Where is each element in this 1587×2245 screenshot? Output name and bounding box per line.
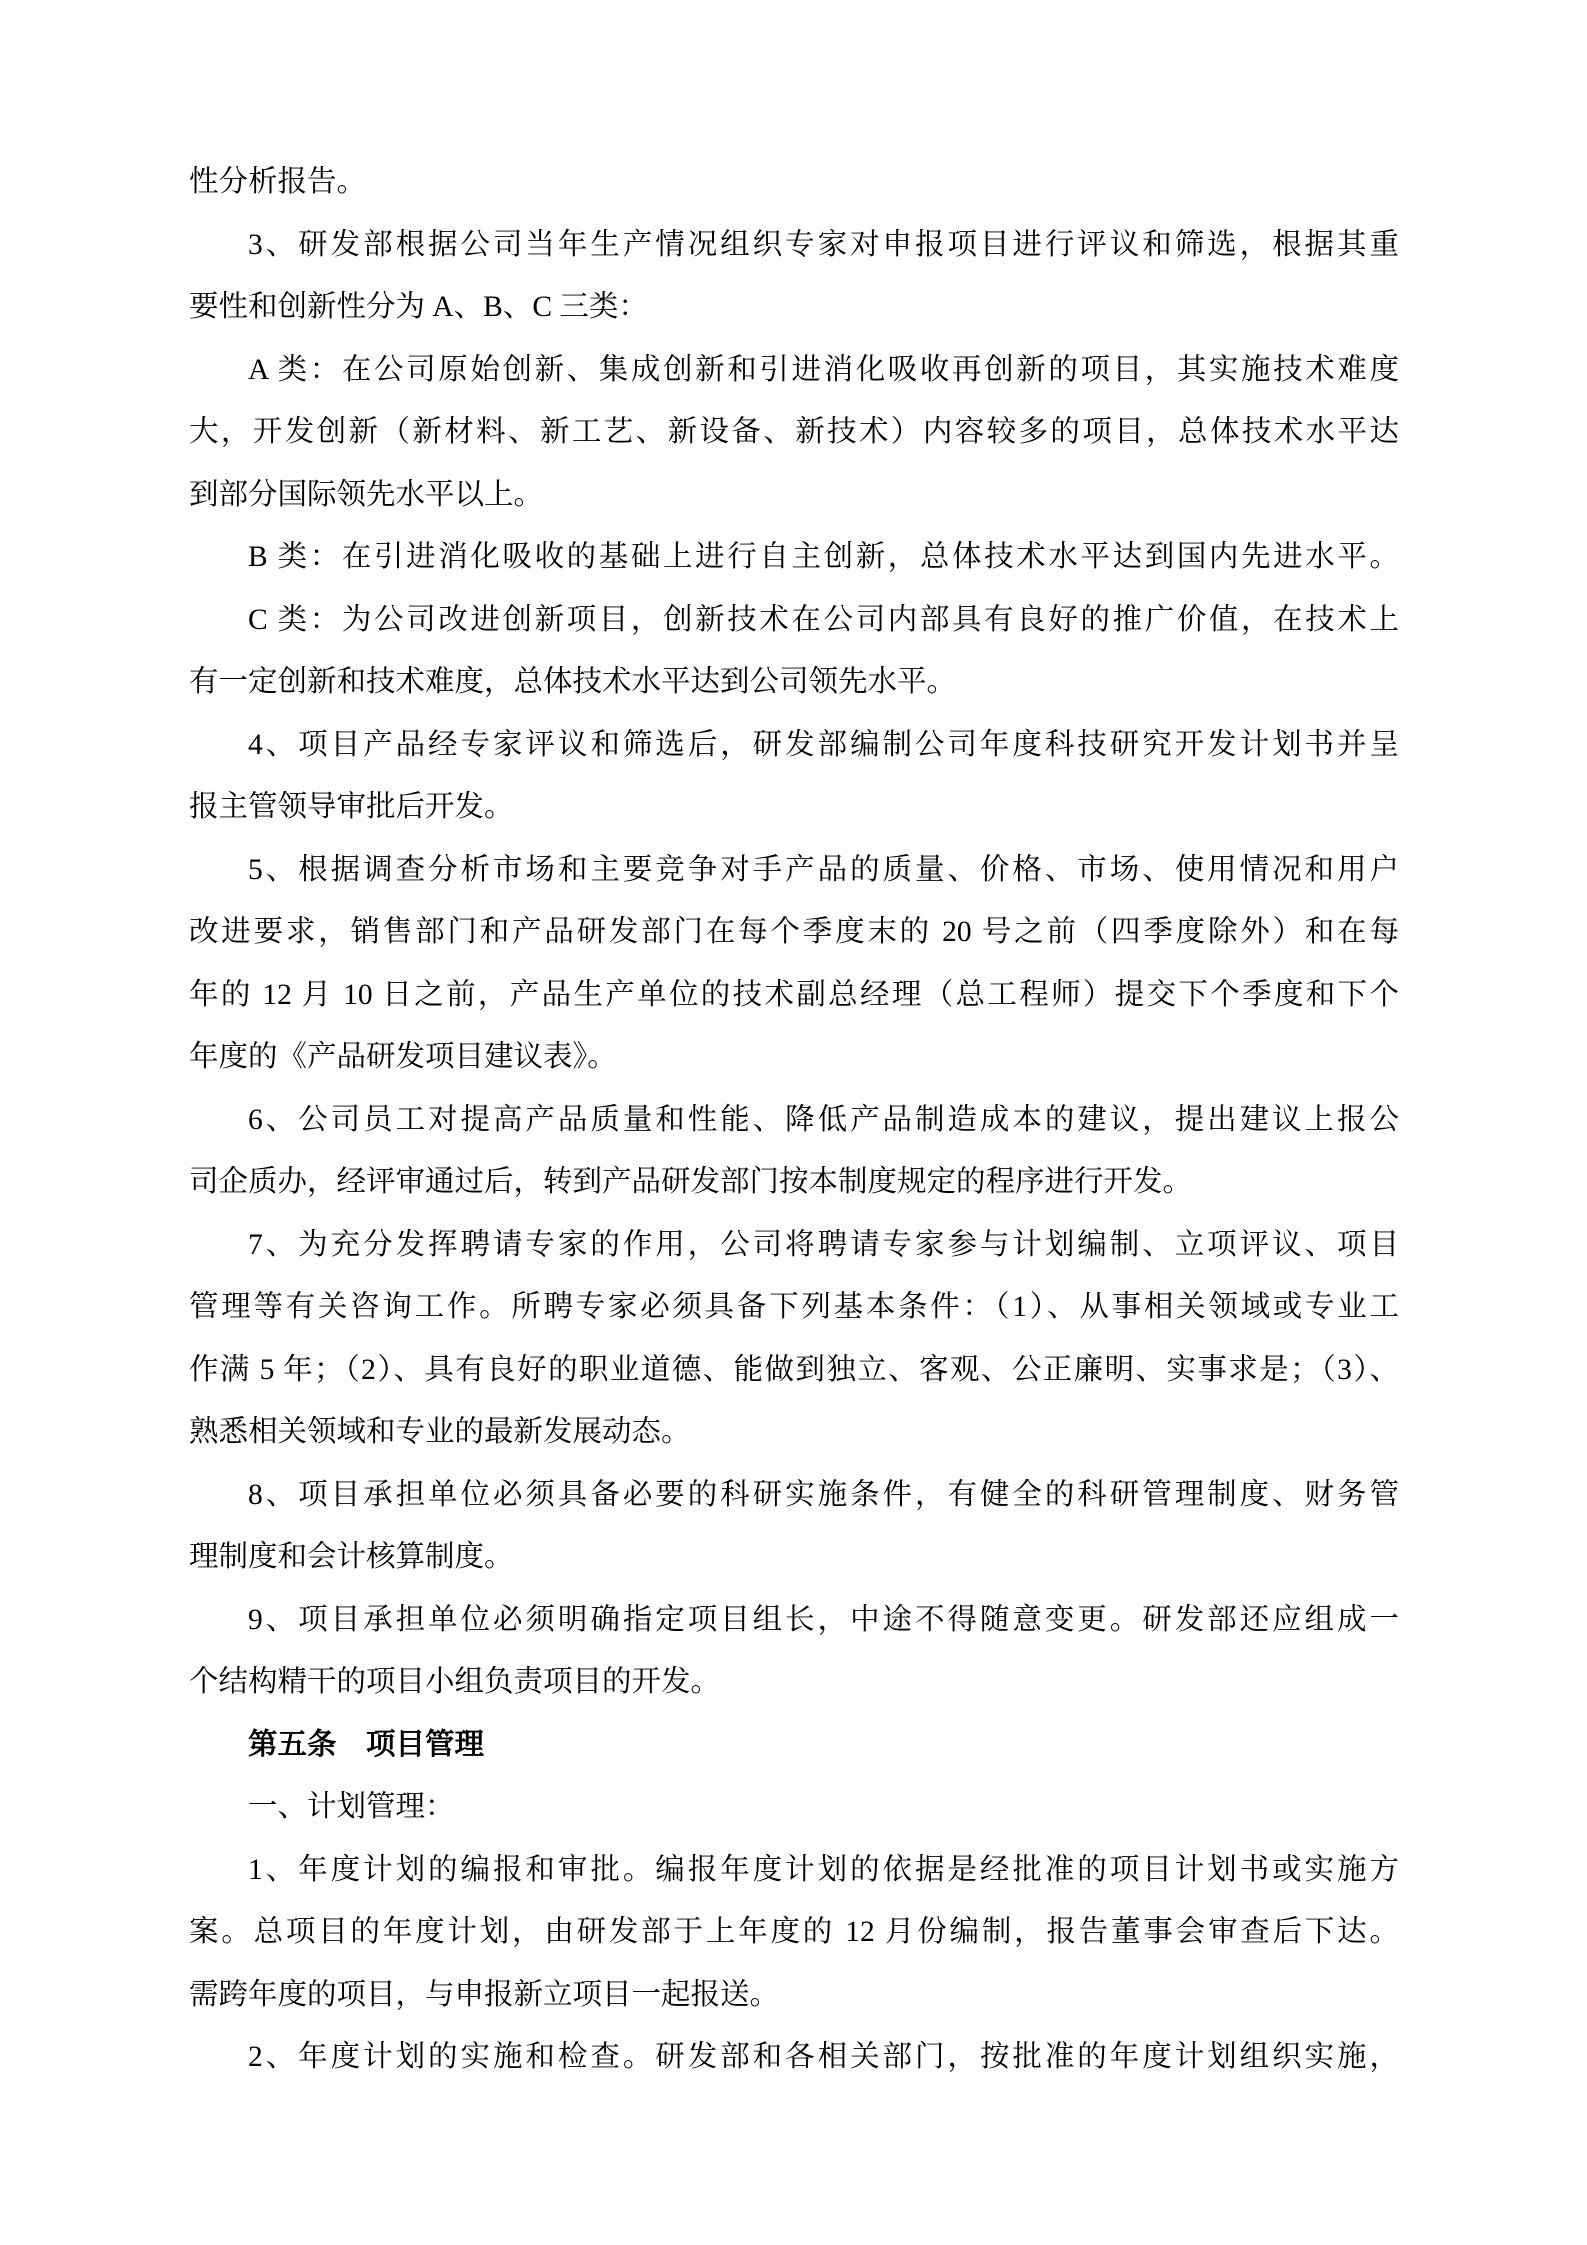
text-line: 司企质办，经评审通过后，转到产品研发部门按本制度规定的程序进行开发。 <box>189 1151 1399 1214</box>
text-line: 报主管领导审批后开发。 <box>189 776 1399 839</box>
text-line: 理制度和会计核算制度。 <box>189 1526 1399 1589</box>
text-line: 个结构精干的项目小组负责项目的开发。 <box>189 1651 1399 1714</box>
text-line: 管理等有关咨询工作。所聘专家必须具备下列基本条件：（1）、从事相关领域或专业工 <box>189 1276 1399 1339</box>
text-line: 年度的《产品研发项目建议表》。 <box>189 1026 1399 1089</box>
text-line: 3、研发部根据公司当年生产情况组织专家对申报项目进行评议和筛选，根据其重 <box>189 214 1399 277</box>
text-line: 4、项目产品经专家评议和筛选后，研发部编制公司年度科技研究开发计划书并呈 <box>189 714 1399 777</box>
text-line: 5、根据调查分析市场和主要竞争对手产品的质量、价格、市场、使用情况和用户 <box>189 839 1399 902</box>
text-line: 8、项目承担单位必须具备必要的科研实施条件，有健全的科研管理制度、财务管 <box>189 1464 1399 1527</box>
text-line: C 类：为公司改进创新项目，创新技术在公司内部具有良好的推广价值，在技术上 <box>189 589 1399 652</box>
text-line: 1、年度计划的编报和审批。编报年度计划的依据是经批准的项目计划书或实施方 <box>189 1839 1399 1902</box>
text-line: 性分析报告。 <box>189 151 1399 214</box>
text-line: 有一定创新和技术难度，总体技术水平达到公司领先水平。 <box>189 651 1399 714</box>
text-line: 年的 12 月 10 日之前，产品生产单位的技术副总经理（总工程师）提交下个季度… <box>189 964 1399 1027</box>
section-heading: 第五条 项目管理 <box>189 1714 1399 1777</box>
text-line: 到部分国际领先水平以上。 <box>189 464 1399 527</box>
text-line: 作满 5 年；（2）、具有良好的职业道德、能做到独立、客观、公正廉明、实事求是；… <box>189 1339 1399 1402</box>
text-line: A 类：在公司原始创新、集成创新和引进消化吸收再创新的项目，其实施技术难度 <box>189 339 1399 402</box>
text-line: 熟悉相关领域和专业的最新发展动态。 <box>189 1401 1399 1464</box>
text-line: 7、为充分发挥聘请专家的作用，公司将聘请专家参与计划编制、立项评议、项目 <box>189 1214 1399 1277</box>
text-line: 9、项目承担单位必须明确指定项目组长，中途不得随意变更。研发部还应组成一 <box>189 1589 1399 1652</box>
text-line: B 类：在引进消化吸收的基础上进行自主创新，总体技术水平达到国内先进水平。 <box>189 526 1399 589</box>
text-line: 6、公司员工对提高产品质量和性能、降低产品制造成本的建议，提出建议上报公 <box>189 1089 1399 1152</box>
text-line: 要性和创新性分为 A、B、C 三类： <box>189 276 1399 339</box>
text-line: 一、计划管理： <box>189 1776 1399 1839</box>
text-line: 案。总项目的年度计划，由研发部于上年度的 12 月份编制，报告董事会审查后下达。 <box>189 1901 1399 1964</box>
text-line: 需跨年度的项目，与申报新立项目一起报送。 <box>189 1964 1399 2027</box>
text-line: 大，开发创新（新材料、新工艺、新设备、新技术）内容较多的项目，总体技术水平达 <box>189 401 1399 464</box>
text-line: 改进要求，销售部门和产品研发部门在每个季度末的 20 号之前（四季度除外）和在每 <box>189 901 1399 964</box>
document-page: 性分析报告。 3、研发部根据公司当年生产情况组织专家对申报项目进行评议和筛选，根… <box>0 0 1587 2245</box>
text-line: 2、年度计划的实施和检查。研发部和各相关部门，按批准的年度计划组织实施， <box>189 2026 1399 2089</box>
